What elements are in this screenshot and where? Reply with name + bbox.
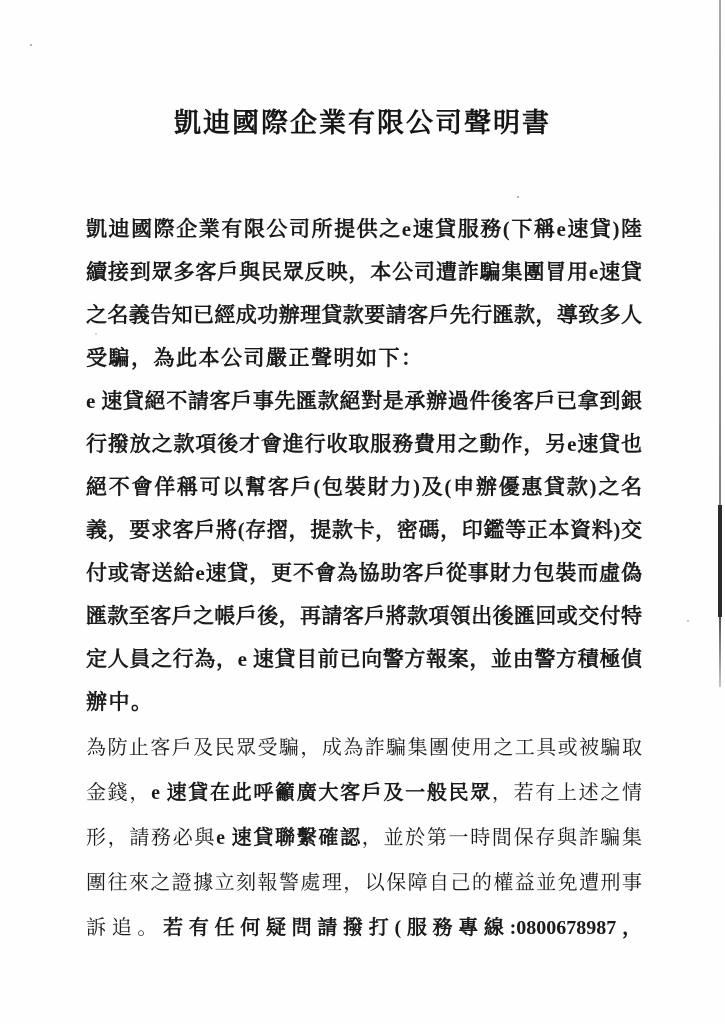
text-segment: 金錢， (86, 782, 151, 804)
text-segment: 形，請務必與 (86, 827, 216, 849)
text-segment: e 速貸絕不請客戶事先匯款絕對是承辦過件後客戶已拿到銀 (86, 389, 642, 413)
text-segment: 義，要求客戶將(存摺，提款卡，密碼，印鑑等正本資料)交 (86, 518, 642, 542)
text-segment: 之名義告知已經成功辦理貸款要請客戶先行匯款，導致多人 (86, 303, 642, 327)
text-segment: e 速貸在此呼籲廣大客戶及一般民眾 (151, 782, 492, 804)
paragraph-intro: 凱迪國際企業有限公司所提供之e速貸服務(下稱e速貸)陸續接到眾多客戶與民眾反映，… (86, 208, 642, 380)
text-segment: e 速貸聯繫確認 (216, 827, 362, 849)
text-line: 絕不會佯稱可以幫客戶(包裝財力)及(申辦優惠貸款)之名 (86, 466, 642, 509)
paragraph-declaration: e 速貸絕不請客戶事先匯款絕對是承辦過件後客戶已拿到銀行撥放之款項後才會進行收取… (86, 380, 642, 724)
scan-edge-line (719, 0, 721, 512)
text-segment: 為防止客戶及民眾受騙，成為詐騙集團使用之工具或被騙取 (86, 737, 642, 759)
text-line: 行撥放之款項後才會進行收取服務費用之動作，另e速貸也 (86, 423, 642, 466)
text-segment: ，並於第一時間保存與詐騙集 (362, 827, 642, 849)
scanned-document-page: 凱迪國際企業有限公司聲明書 凱迪國際企業有限公司所提供之e速貸服務(下稱e速貸)… (0, 0, 725, 1024)
text-segment: 若有任何疑問請撥打(服務專線:0800678987， (163, 917, 642, 939)
text-segment: 訴追。 (86, 917, 163, 939)
scan-edge-line-fade (719, 617, 721, 687)
text-line: 形，請務必與e 速貸聯繫確認，並於第一時間保存與詐騙集 (86, 816, 642, 861)
text-line: 續接到眾多客戶與民眾反映，本公司遭詐騙集團冒用e速貸 (86, 251, 642, 294)
document-body: 凱迪國際企業有限公司所提供之e速貸服務(下稱e速貸)陸續接到眾多客戶與民眾反映，… (86, 208, 642, 951)
text-line: 匯款至客戶之帳戶後，再請客戶將款項領出後匯回或交付特 (86, 595, 642, 638)
paragraph-appeal: 為防止客戶及民眾受騙，成為詐騙集團使用之工具或被騙取金錢，e 速貸在此呼籲廣大客… (86, 726, 642, 951)
text-segment: 付或寄送給e速貸，更不會為協助客戶從事財力包裝而虛偽 (86, 561, 642, 585)
scan-speck (517, 196, 519, 198)
text-segment: 匯款至客戶之帳戶後，再請客戶將款項領出後匯回或交付特 (86, 604, 642, 628)
scan-speck (95, 333, 97, 335)
text-segment: ，若有上述之情 (492, 782, 642, 804)
text-segment: 團往來之證據立刻報警處理，以保障自己的權益並免遭刑事 (86, 872, 642, 894)
document-title: 凱迪國際企業有限公司聲明書 (0, 102, 725, 144)
scan-edge-line-thick (718, 505, 722, 617)
text-line: 受騙，為此本公司嚴正聲明如下： (86, 337, 642, 380)
text-line: 團往來之證據立刻報警處理，以保障自己的權益並免遭刑事 (86, 861, 642, 906)
text-segment: 絕不會佯稱可以幫客戶(包裝財力)及(申辦優惠貸款)之名 (86, 475, 642, 499)
text-segment: 續接到眾多客戶與民眾反映，本公司遭詐騙集團冒用e速貸 (86, 260, 642, 284)
text-segment: 行撥放之款項後才會進行收取服務費用之動作，另e速貸也 (86, 432, 642, 456)
text-line: 凱迪國際企業有限公司所提供之e速貸服務(下稱e速貸)陸 (86, 208, 642, 251)
text-line: 之名義告知已經成功辦理貸款要請客戶先行匯款，導致多人 (86, 294, 642, 337)
text-line: 定人員之行為，e 速貸目前已向警方報案，並由警方積極偵 (86, 638, 642, 681)
text-line: e 速貸絕不請客戶事先匯款絕對是承辦過件後客戶已拿到銀 (86, 380, 642, 423)
scan-speck (30, 44, 32, 46)
text-line: 訴追。若有任何疑問請撥打(服務專線:0800678987， (86, 906, 642, 951)
text-line: 辦中。 (86, 681, 642, 724)
text-segment: 辦中。 (86, 690, 154, 714)
text-line: 義，要求客戶將(存摺，提款卡，密碼，印鑑等正本資料)交 (86, 509, 642, 552)
text-line: 為防止客戶及民眾受騙，成為詐騙集團使用之工具或被騙取 (86, 726, 642, 771)
text-segment: 定人員之行為，e 速貸目前已向警方報案，並由警方積極偵 (86, 647, 642, 671)
text-line: 金錢，e 速貸在此呼籲廣大客戶及一般民眾，若有上述之情 (86, 771, 642, 816)
text-segment: 受騙，為此本公司嚴正聲明如下： (86, 346, 424, 370)
text-segment: 凱迪國際企業有限公司所提供之e速貸服務(下稱e速貸)陸 (86, 217, 642, 241)
scan-speck (687, 620, 689, 622)
text-line: 付或寄送給e速貸，更不會為協助客戶從事財力包裝而虛偽 (86, 552, 642, 595)
